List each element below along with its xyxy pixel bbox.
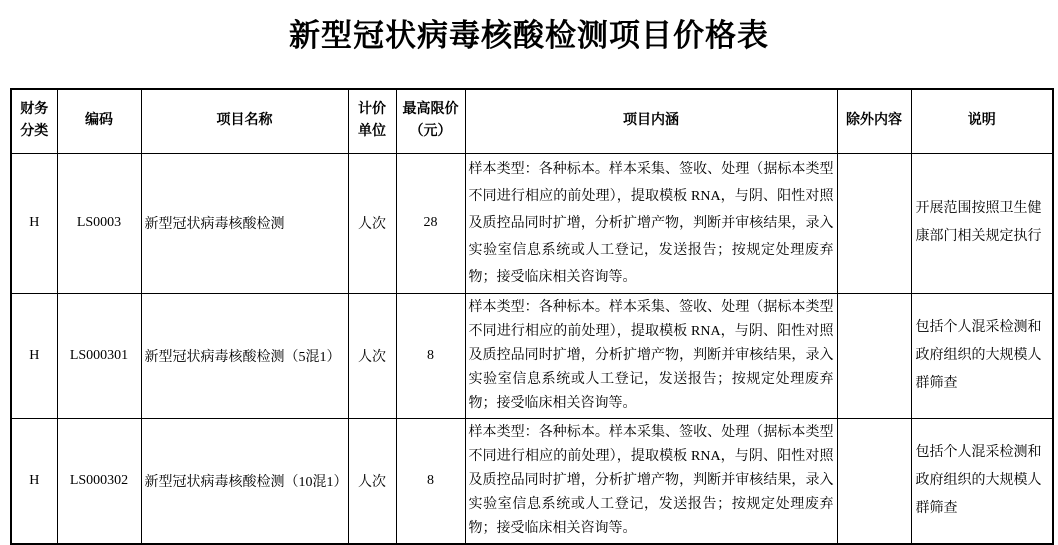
column-header-category: 财务分类 (11, 89, 57, 153)
cell-notes: 包括个人混采检测和政府组织的大规模人群筛查 (911, 418, 1053, 534)
cell-unit: 人次 (348, 418, 396, 534)
cell-unit: 人次 (348, 153, 396, 293)
cell-content: 样本类型：各种标本。样本采集、签收、处理（据标本类型不同进行相应的前处理），提取… (465, 418, 837, 534)
column-header-exclusions: 除外内容 (837, 89, 911, 153)
cell-name: 新型冠状病毒核酸检测（5混1） (141, 293, 348, 418)
cell-max-price: 8 (396, 293, 465, 418)
cell-category: H (11, 293, 57, 418)
table-row: H LS000301 新型冠状病毒核酸检测（5混1） 人次 8 样本类型：各种标… (11, 293, 1053, 418)
cell-content: 样本类型：各种标本。样本采集、签收、处理（据标本类型不同进行相应的前处理），提取… (465, 293, 837, 418)
column-header-unit: 计价单位 (348, 89, 396, 153)
cell-name: 新型冠状病毒核酸检测 (141, 153, 348, 293)
table-row: H LS000302 新型冠状病毒核酸检测（10混1） 人次 8 样本类型：各种… (11, 418, 1053, 534)
cell-code: LS000301 (57, 293, 141, 418)
cell-code: LS000302 (57, 418, 141, 534)
cell-code: LS0003 (57, 153, 141, 293)
cell-name: 新型冠状病毒核酸检测（10混1） (141, 418, 348, 534)
cell-exclusions (837, 153, 911, 293)
table-row: H LS0003 新型冠状病毒核酸检测 人次 28 样本类型：各种标本。样本采集… (11, 153, 1053, 293)
column-header-notes: 说明 (911, 89, 1053, 153)
price-table: 财务分类 编码 项目名称 计价单位 最高限价（元） 项目内涵 除外内容 说明 H… (10, 88, 1054, 534)
column-header-content: 项目内涵 (465, 89, 837, 153)
cell-notes: 包括个人混采检测和政府组织的大规模人群筛查 (911, 293, 1053, 418)
column-header-name: 项目名称 (141, 89, 348, 153)
column-header-max-price: 最高限价（元） (396, 89, 465, 153)
cell-content: 样本类型：各种标本。样本采集、签收、处理（据标本类型不同进行相应的前处理），提取… (465, 153, 837, 293)
cell-notes: 开展范围按照卫生健康部门相关规定执行 (911, 153, 1053, 293)
cell-category: H (11, 153, 57, 293)
cell-max-price: 8 (396, 418, 465, 534)
cell-exclusions (837, 293, 911, 418)
cell-unit: 人次 (348, 293, 396, 418)
cell-category: H (11, 418, 57, 534)
column-header-code: 编码 (57, 89, 141, 153)
cell-max-price: 28 (396, 153, 465, 293)
page-title: 新型冠状病毒核酸检测项目价格表 (0, 10, 1058, 55)
cell-exclusions (837, 418, 911, 534)
table-header-row: 财务分类 编码 项目名称 计价单位 最高限价（元） 项目内涵 除外内容 说明 (11, 89, 1053, 153)
